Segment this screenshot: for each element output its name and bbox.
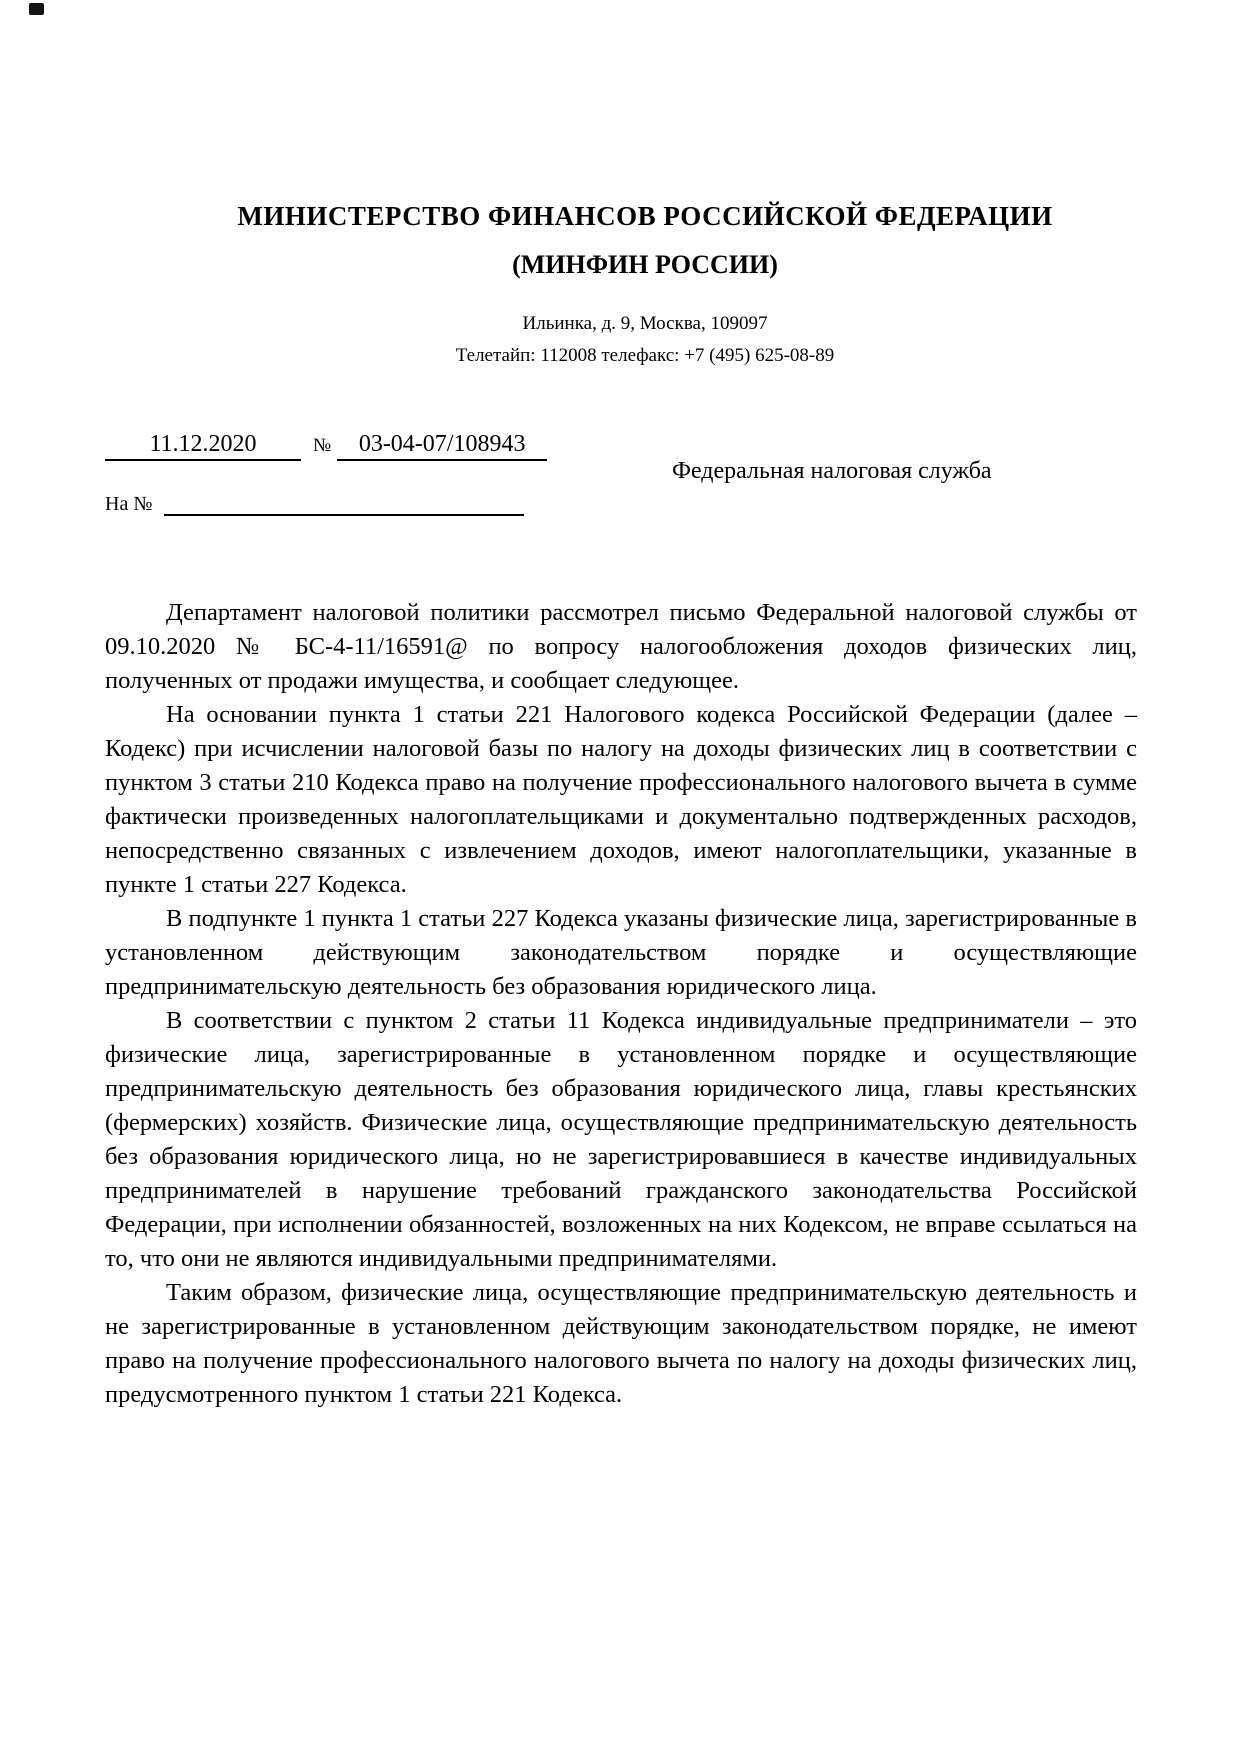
reference-row: 11.12.2020№03-04-07/108943 [105,429,547,461]
ministry-short-name: (МИНФИН РОССИИ) [105,250,1185,280]
scan-artifact [29,3,44,15]
paragraph-article-227: В подпункте 1 пункта 1 статьи 227 Кодекс… [105,902,1137,1004]
recipient: Федеральная налоговая служба [672,458,992,485]
paragraph-conclusion: Таким образом, физические лица, осуществ… [105,1276,1137,1412]
paragraph-article-221: На основании пункта 1 статьи 221 Налогов… [105,698,1137,902]
ministry-contacts: Телетайп: 112008 телефакс: +7 (495) 625-… [105,344,1185,368]
letter-body: Департамент налоговой политики рассмотре… [105,596,1137,1412]
reply-to-row: На № [105,490,524,516]
paragraph-intro: Департамент налоговой политики рассмотре… [105,596,1137,698]
paragraph-article-11: В соответствии с пунктом 2 статьи 11 Код… [105,1004,1137,1276]
reply-to-label: На № [105,493,152,515]
letter-date: 11.12.2020 [105,429,301,461]
document-page: МИНИСТЕРСТВО ФИНАНСОВ РОССИЙСКОЙ ФЕДЕРАЦ… [0,0,1241,1754]
reply-to-blank-line [164,490,524,516]
ministry-address: Ильинка, д. 9, Москва, 109097 [105,312,1185,336]
letterhead: МИНИСТЕРСТВО ФИНАНСОВ РОССИЙСКОЙ ФЕДЕРАЦ… [105,200,1185,368]
number-sign: № [313,431,331,461]
ministry-name: МИНИСТЕРСТВО ФИНАНСОВ РОССИЙСКОЙ ФЕДЕРАЦ… [105,200,1185,232]
letter-number: 03-04-07/108943 [337,429,547,461]
